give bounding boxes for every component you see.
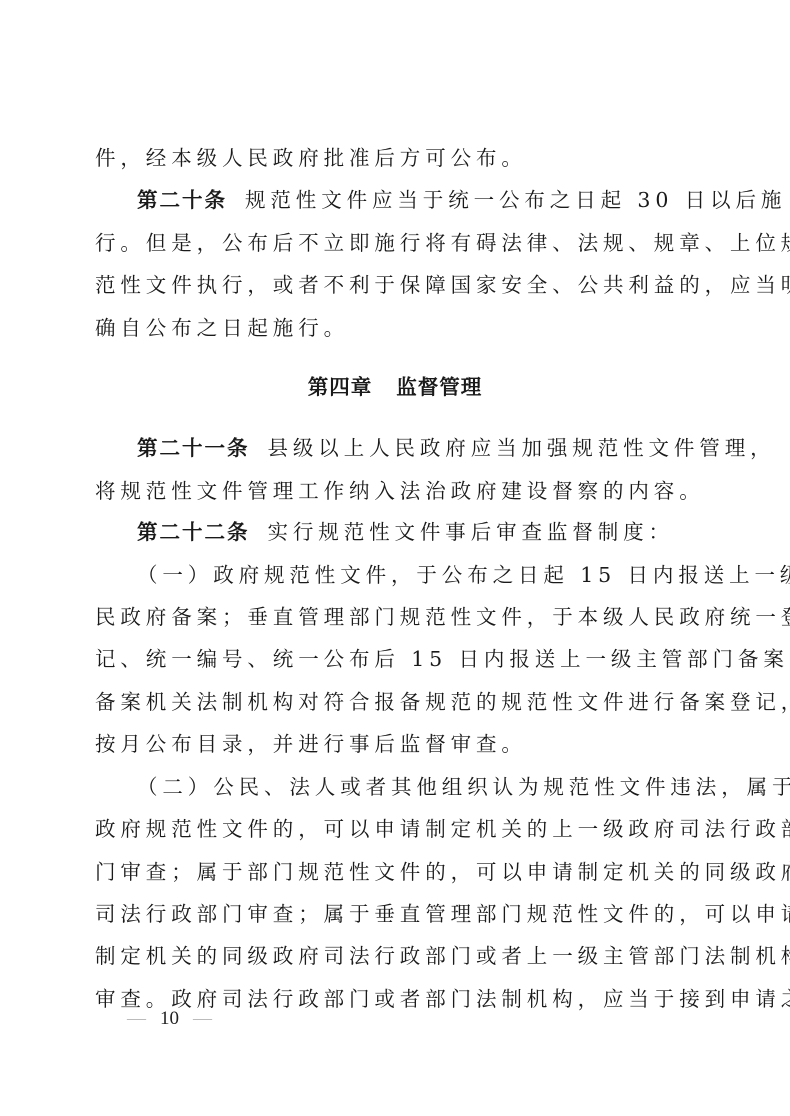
item-2-line-2: 政府规范性文件的，可以申请制定机关的上一级政府司法行政部: [95, 815, 695, 843]
article-20-line-4: 确自公布之日起施行。: [95, 314, 695, 342]
chapter-number: 第四章: [308, 375, 373, 399]
item-1-line-5: 按月公布目录，并进行事后监督审查。: [95, 730, 695, 758]
article-20-label: 第二十条: [137, 188, 227, 212]
item-1-line-4: 备案机关法制机构对符合报备规范的规范性文件进行备案登记，: [95, 688, 695, 716]
item-2-line-3: 门审查；属于部门规范性文件的，可以申请制定机关的同级政府: [95, 858, 695, 886]
page-footer: —10—: [113, 1008, 226, 1030]
footer-dash-left: —: [127, 1008, 146, 1030]
article-20-line-2: 行。但是，公布后不立即施行将有碍法律、法规、规章、上位规: [95, 229, 695, 257]
footer-dash-right: —: [193, 1008, 212, 1030]
item-2-line-1: （二）公民、法人或者其他组织认为规范性文件违法，属于: [95, 773, 737, 801]
article-20-line-1: 第二十条规范性文件应当于统一公布之日起 30 日以后施: [95, 186, 737, 214]
article-21-line-2: 将规范性文件管理工作纳入法治政府建设督察的内容。: [95, 477, 695, 505]
article-21-line-1: 第二十一条县级以上人民政府应当加强规范性文件管理，: [95, 434, 737, 462]
item-2-line-4: 司法行政部门审查；属于垂直管理部门规范性文件的，可以申请: [95, 900, 695, 928]
article-21-label: 第二十一条: [137, 436, 250, 460]
article-22-line-1: 第二十二条实行规范性文件事后审查监督制度：: [95, 518, 737, 546]
item-1-line-3: 记、统一编号、统一公布后 15 日内报送上一级主管部门备案；: [95, 645, 695, 673]
continuation-line: 件，经本级人民政府批准后方可公布。: [95, 144, 695, 172]
article-20-line-3: 范性文件执行，或者不利于保障国家安全、公共利益的，应当明: [95, 271, 695, 299]
chapter-title: 监督管理: [396, 375, 482, 399]
article-22-label: 第二十二条: [137, 520, 250, 544]
chapter-heading: 第四章监督管理: [95, 373, 695, 401]
item-1-line-2: 民政府备案；垂直管理部门规范性文件，于本级人民政府统一登: [95, 603, 695, 631]
item-1-line-1: （一）政府规范性文件，于公布之日起 15 日内报送上一级人: [95, 561, 737, 589]
item-2-line-5: 制定机关的同级政府司法行政部门或者上一级主管部门法制机构: [95, 942, 695, 970]
page-number: 10: [160, 1008, 179, 1029]
